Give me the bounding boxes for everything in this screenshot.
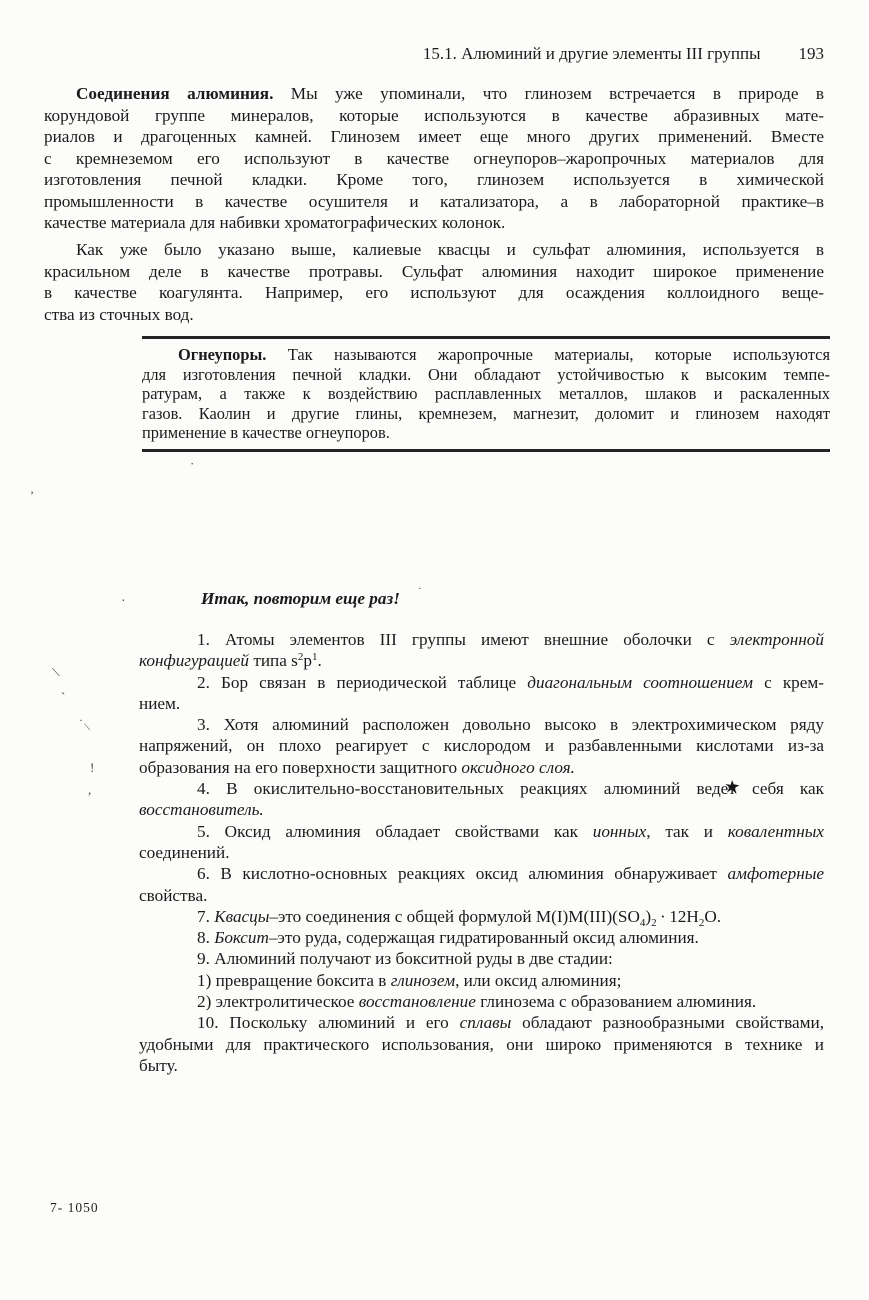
text-run: с кремнеземом его используют в качестве … — [44, 149, 824, 168]
scan-mark: · — [79, 714, 83, 726]
text-run: · 12H — [657, 907, 699, 926]
section-title: 15.1. Алюминий и другие элементы III гру… — [423, 44, 761, 64]
text-run: сплавы — [460, 1013, 512, 1032]
text-line: ства из сточных вод. — [44, 304, 824, 326]
text-run: 2 — [699, 917, 705, 929]
text-line: конфигурацией типа s2p1. — [139, 650, 824, 671]
page-header: 15.1. Алюминий и другие элементы III гру… — [44, 44, 824, 64]
text-run: . — [317, 651, 321, 670]
paragraph: Соединения алюминия. Мы уже упоминали, ч… — [44, 83, 824, 234]
text-run: изготовления печной кладки. Кроме того, … — [44, 170, 824, 189]
text-run: ионных — [593, 822, 647, 841]
paragraph: Как уже было указано выше, калиевые квас… — [44, 239, 824, 325]
text-run: 5. Оксид алюминия обладает свойствами ка… — [197, 822, 593, 841]
text-run: в качестве коагулянта. Например, его исп… — [44, 283, 824, 302]
list-item: 1. Атомы элементов III группы имеют внеш… — [139, 629, 824, 672]
text-run: газов. Каолин и другие глины, кремнезем,… — [142, 404, 830, 423]
text-run: Квасцы — [214, 907, 269, 926]
text-line: газов. Каолин и другие глины, кремнезем,… — [142, 404, 830, 424]
text-run: Соединения алюминия. — [76, 84, 273, 103]
text-run: p — [303, 651, 312, 670]
text-line: 1) превращение боксита в глинозем, или о… — [139, 970, 824, 991]
summary-list: 1. Атомы элементов III группы имеют внеш… — [139, 629, 824, 1076]
text-run: 4. В окислительно-восстановительных реак… — [197, 779, 728, 798]
text-run: конфигурацией — [139, 651, 249, 670]
text-line: удобными для практического использования… — [139, 1034, 824, 1055]
text-run: 1. Атомы элементов III группы имеют внеш… — [197, 630, 730, 649]
scan-mark: ⟍ — [52, 668, 60, 679]
text-line: 5. Оксид алюминия обладает свойствами ка… — [139, 821, 824, 842]
text-line: корундовой группе минералов, которые исп… — [44, 105, 824, 127]
list-item: 9. Алюминий получают из бокситной руды в… — [139, 948, 824, 969]
text-run: напряжений, он плохо реагирует с кислоро… — [139, 736, 824, 755]
text-run: амфотерные — [727, 864, 824, 883]
text-run: промышленности в качестве осушителя и ка… — [44, 192, 824, 211]
text-line: нием. — [139, 693, 824, 714]
text-line: 4. В окислительно-восстановительных реак… — [139, 778, 824, 799]
list-item: 10. Поскольку алюминий и его сплавы обла… — [139, 1012, 824, 1076]
text-run: образования на его поверхности защитного — [139, 758, 461, 777]
ink-blot: т — [728, 779, 736, 798]
text-run: Огнеупоры. — [178, 345, 266, 364]
text-run: себя как — [736, 779, 824, 798]
text-line: качестве материала для набивки хроматогр… — [44, 212, 824, 234]
text-line: Огнеупоры. Так называются жаропрочные ма… — [142, 345, 830, 365]
text-run: –это соединения с общей формулой M(I)M(I… — [269, 907, 639, 926]
text-run: 2. Бор связан в периодической таблице — [197, 673, 527, 692]
text-run: корундовой группе минералов, которые исп… — [44, 106, 824, 125]
text-line: быту. — [139, 1055, 824, 1076]
scan-mark: , — [88, 783, 91, 796]
text-run: Так называются жаропрочные материалы, ко… — [266, 345, 830, 364]
scan-mark: ⟍ — [84, 723, 90, 732]
text-run: 6. В кислотно-основных реакциях оксид ал… — [197, 864, 727, 883]
text-run: применение в качестве огнеупоров. — [142, 423, 390, 442]
text-run: риалов и драгоценных камней. Глинозем им… — [44, 127, 824, 146]
text-run: удобными для практического использования… — [139, 1035, 824, 1054]
text-line: риалов и драгоценных камней. Глинозем им… — [44, 126, 824, 148]
list-item: 6. В кислотно-основных реакциях оксид ал… — [139, 863, 824, 906]
scan-mark: ! — [90, 761, 94, 774]
summary-heading: Итак, повторим еще раз! — [201, 589, 400, 609]
text-line: 9. Алюминий получают из бокситной руды в… — [139, 948, 824, 969]
text-run: с крем- — [753, 673, 824, 692]
text-run: электронной — [730, 630, 824, 649]
page: 15.1. Алюминий и другие элементы III гру… — [0, 0, 869, 1300]
text-line: Как уже было указано выше, калиевые квас… — [44, 239, 824, 261]
text-run: обладают разнообразными свойствами, — [511, 1013, 824, 1032]
text-line: соединений. — [139, 842, 824, 863]
scan-mark: ˎ — [61, 681, 65, 694]
text-run: Как уже было указано выше, калиевые квас… — [76, 240, 824, 259]
text-run: диагональным соотношением — [527, 673, 753, 692]
text-line: 2) электролитическое восстановление глин… — [139, 991, 824, 1012]
list-item: 3. Хотя алюминий расположен довольно выс… — [139, 714, 824, 778]
text-line: 10. Поскольку алюминий и его сплавы обла… — [139, 1012, 824, 1033]
text-run: Мы уже упоминали, что глинозем встречает… — [273, 84, 824, 103]
text-run: –это руда, содержащая гидратированный ок… — [269, 928, 699, 947]
list-item: 5. Оксид алюминия обладает свойствами ка… — [139, 821, 824, 864]
text-run: 2) электролитическое — [197, 992, 359, 1011]
text-run: 3. Хотя алюминий расположен довольно выс… — [197, 715, 824, 734]
text-run: типа s — [249, 651, 298, 670]
text-run: 1) превращение боксита в — [197, 971, 391, 990]
text-run: 2 — [651, 917, 657, 929]
text-run: , или оксид алюминия; — [455, 971, 621, 990]
text-run: ства из сточных вод. — [44, 305, 194, 324]
text-run: O. — [704, 907, 721, 926]
text-run: ратурам, а также к воздействию расплавле… — [142, 384, 830, 403]
text-run: ковалентных — [728, 822, 824, 841]
text-run: соединений. — [139, 843, 230, 862]
scan-mark: · — [190, 457, 194, 470]
text-line: изготовления печной кладки. Кроме того, … — [44, 169, 824, 191]
text-line: для изготовления печной кладки. Они обла… — [142, 365, 830, 385]
text-line: промышленности в качестве осушителя и ка… — [44, 191, 824, 213]
text-line: в качестве коагулянта. Например, его исп… — [44, 282, 824, 304]
text-run: глинозема с образованием алюминия. — [476, 992, 756, 1011]
text-run: 1 — [312, 651, 318, 663]
list-item: 2) электролитическое восстановление глин… — [139, 991, 824, 1012]
text-run: 2 — [298, 651, 304, 663]
list-item: 1) превращение боксита в глинозем, или о… — [139, 970, 824, 991]
text-line: ратурам, а также к воздействию расплавле… — [142, 384, 830, 404]
list-item: 7. Квасцы–это соединения с общей формуло… — [139, 906, 824, 927]
footer-signature: 7- 1050 — [50, 1200, 99, 1216]
text-run: свойства. — [139, 886, 207, 905]
text-line: напряжений, он плохо реагирует с кислоро… — [139, 735, 824, 756]
text-line: 7. Квасцы–это соединения с общей формуло… — [139, 906, 824, 927]
list-item: 4. В окислительно-восстановительных реак… — [139, 778, 824, 821]
text-line: 6. В кислотно-основных реакциях оксид ал… — [139, 863, 824, 884]
scan-mark: ’ — [30, 489, 34, 501]
text-run: восстановление — [359, 992, 476, 1011]
list-item: 2. Бор связан в периодической таблице ди… — [139, 672, 824, 715]
text-line: свойства. — [139, 885, 824, 906]
text-run: нием. — [139, 694, 180, 713]
text-line: образования на его поверхности защитного… — [139, 757, 824, 778]
text-run: , так и — [646, 822, 728, 841]
list-item: 8. Боксит–это руда, содержащая гидратиро… — [139, 927, 824, 948]
text-run: для изготовления печной кладки. Они обла… — [142, 365, 830, 384]
text-run: быту. — [139, 1056, 178, 1075]
text-line: с кремнеземом его используют в качестве … — [44, 148, 824, 170]
text-run: Боксит — [214, 928, 269, 947]
scan-mark: · — [418, 584, 422, 595]
text-line: 2. Бор связан в периодической таблице ди… — [139, 672, 824, 693]
text-line: Соединения алюминия. Мы уже упоминали, ч… — [44, 83, 824, 105]
text-run: 8. — [197, 928, 214, 947]
text-line: восстановитель. — [139, 799, 824, 820]
scan-mark: · — [121, 595, 126, 609]
page-number: 193 — [799, 44, 825, 64]
text-run: 10. Поскольку алюминий и его — [197, 1013, 460, 1032]
text-line: применение в качестве огнеупоров. — [142, 423, 830, 443]
text-run: 4 — [640, 917, 646, 929]
info-box: Огнеупоры. Так называются жаропрочные ма… — [142, 336, 830, 452]
text-run: 9. Алюминий получают из бокситной руды в… — [197, 949, 613, 968]
text-run: оксидного слоя. — [461, 758, 575, 777]
text-line: 3. Хотя алюминий расположен довольно выс… — [139, 714, 824, 735]
text-run: качестве материала для набивки хроматогр… — [44, 213, 505, 232]
text-run: 7. — [197, 907, 214, 926]
text-run: глинозем — [391, 971, 455, 990]
text-line: красильном деле в качестве протравы. Сул… — [44, 261, 824, 283]
text-line: 1. Атомы элементов III группы имеют внеш… — [139, 629, 824, 650]
text-line: 8. Боксит–это руда, содержащая гидратиро… — [139, 927, 824, 948]
text-run: красильном деле в качестве протравы. Сул… — [44, 262, 824, 281]
text-run: восстановитель. — [139, 800, 264, 819]
